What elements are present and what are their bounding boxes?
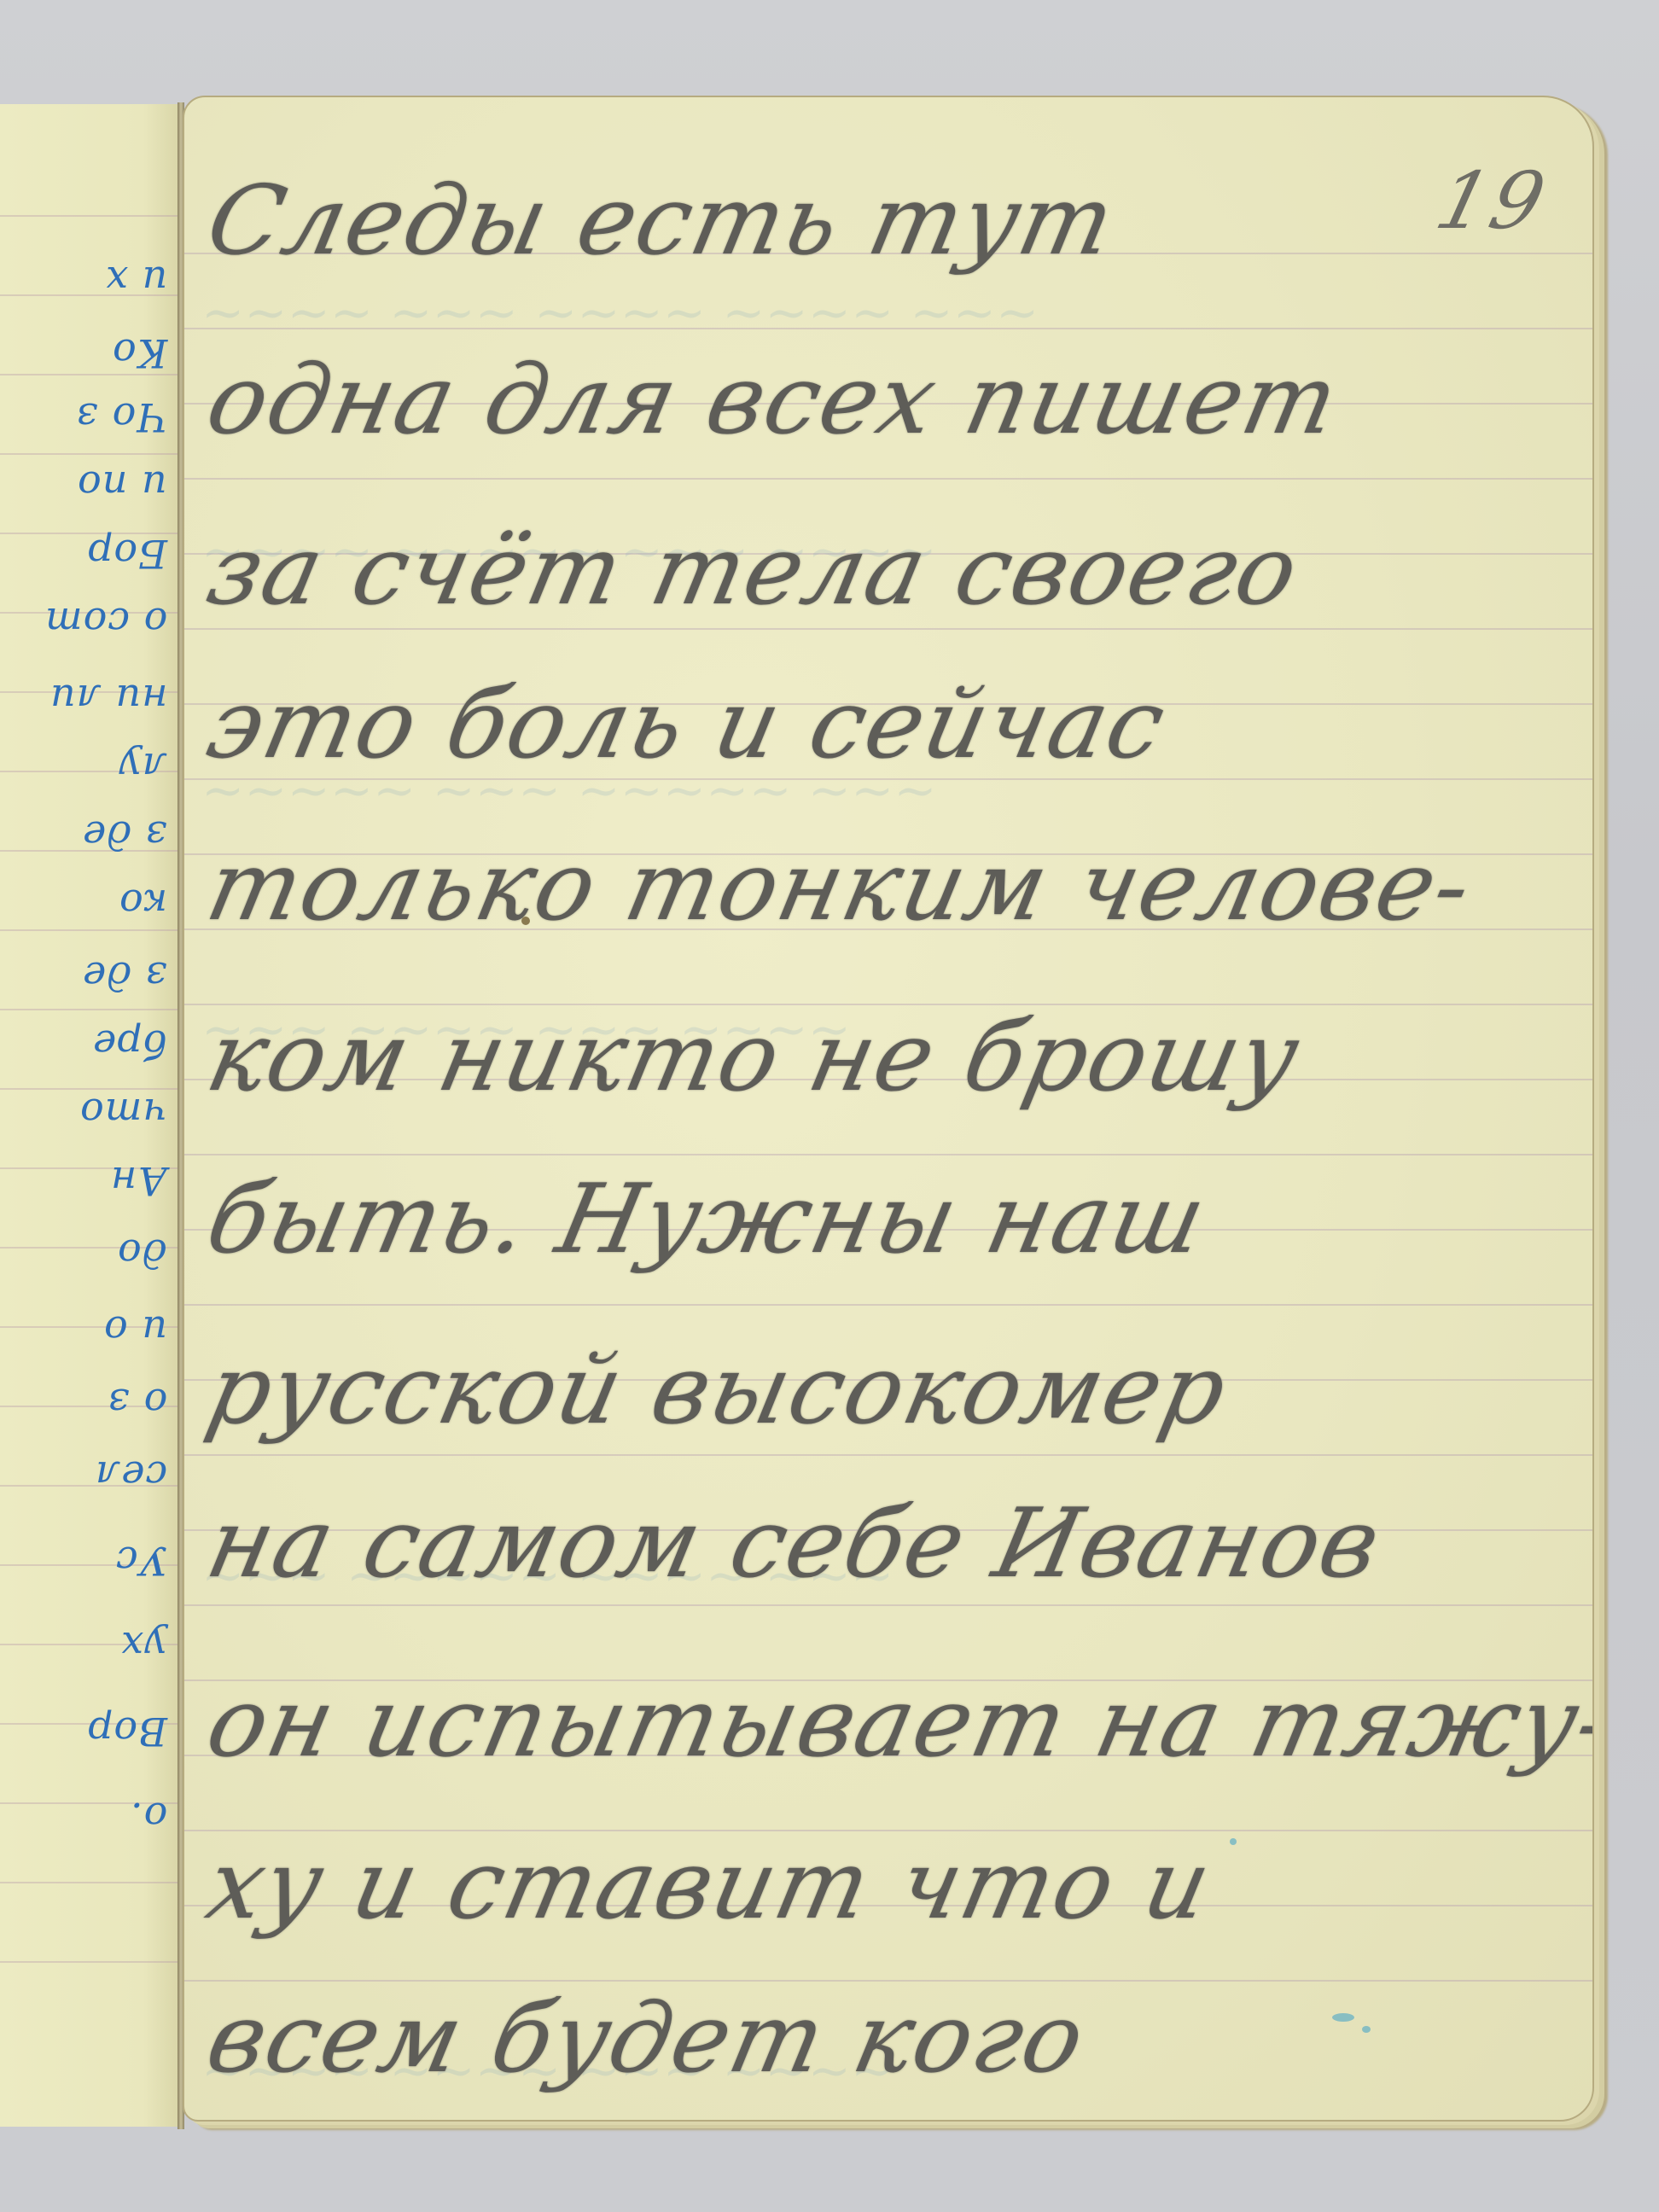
paper-mark [521, 917, 530, 925]
handwritten-line: русской высокомер [198, 1335, 1237, 1446]
ink-fragment: Вор [87, 1708, 167, 1755]
ink-fragment: Ус [115, 1538, 167, 1584]
ruled-line [184, 478, 1592, 480]
ink-fragment: и о [103, 1307, 167, 1353]
ink-fragment: з де [82, 812, 167, 859]
handwritten-line: Следы есть тут [198, 166, 1125, 276]
ink-fragment: з де [82, 953, 167, 999]
handwritten-line: одна для всех пишет [198, 345, 1348, 456]
ink-fragment: Бор [87, 531, 167, 577]
ruled-line [184, 1980, 1592, 1982]
handwritten-line: всем будет кого [198, 1983, 1095, 2094]
handwritten-line: он испытывает на тяжу- [198, 1668, 1594, 1778]
ink-fragment: что [79, 1090, 167, 1136]
facing-page-text: и х Ко Чо з и по Бор о сот ни ли лу з де… [5, 121, 176, 2118]
ruled-line [184, 628, 1592, 630]
ink-fragment: Ан [110, 1158, 167, 1204]
ink-fragment: ух [120, 1623, 167, 1669]
handwritten-line: это боль и сейчас [198, 669, 1175, 780]
ink-fragment: ни ли [49, 676, 167, 722]
ink-fragment: о з [108, 1380, 167, 1426]
ink-speck [1230, 1838, 1237, 1845]
ink-fragment: Чо з [76, 394, 167, 440]
ink-fragment: бре [92, 1022, 167, 1068]
bleed-through: ~~~ ~~~~ ~~~~ ~~~ ~~~~ [201, 285, 1039, 345]
ruled-line [184, 1304, 1592, 1306]
ink-speck [1362, 2026, 1371, 2033]
ink-fragment: сел [95, 1452, 167, 1499]
ink-fragment: о сот [44, 599, 167, 645]
ruled-line [184, 1454, 1592, 1456]
ink-fragment: и по [77, 463, 167, 509]
ink-fragment: ко [119, 881, 167, 927]
handwritten-line: за счёт тела своего [198, 515, 1308, 626]
ink-speck [1332, 2013, 1354, 2022]
facing-page: и х Ко Чо з и по Бор о сот ни ли лу з де… [0, 104, 181, 2127]
handwritten-line: быть. Нужны наш [198, 1164, 1216, 1275]
page-number: 19 [1428, 155, 1557, 247]
ink-fragment: лу [118, 744, 167, 790]
ink-fragment: и х [105, 258, 167, 304]
ink-fragment: Ко [112, 330, 167, 376]
ruled-line [184, 1154, 1592, 1155]
ink-fragment: до [117, 1231, 167, 1277]
handwritten-line: только тонким челове- [198, 831, 1481, 942]
photo-scene: и х Ко Чо з и по Бор о сот ни ли лу з де… [0, 0, 1659, 2212]
notebook-page: ~~~ ~~~~ ~~~~ ~~~ ~~~~ ~~~~ ~~~ ~~~~~ ~~… [183, 96, 1594, 2122]
handwritten-line: ком никто не брошу [198, 1002, 1310, 1113]
ink-fragment: о. [130, 1794, 167, 1840]
handwritten-line: ху и ставит что и [198, 1830, 1221, 1941]
handwritten-line: на самом себе Иванов [198, 1488, 1390, 1599]
